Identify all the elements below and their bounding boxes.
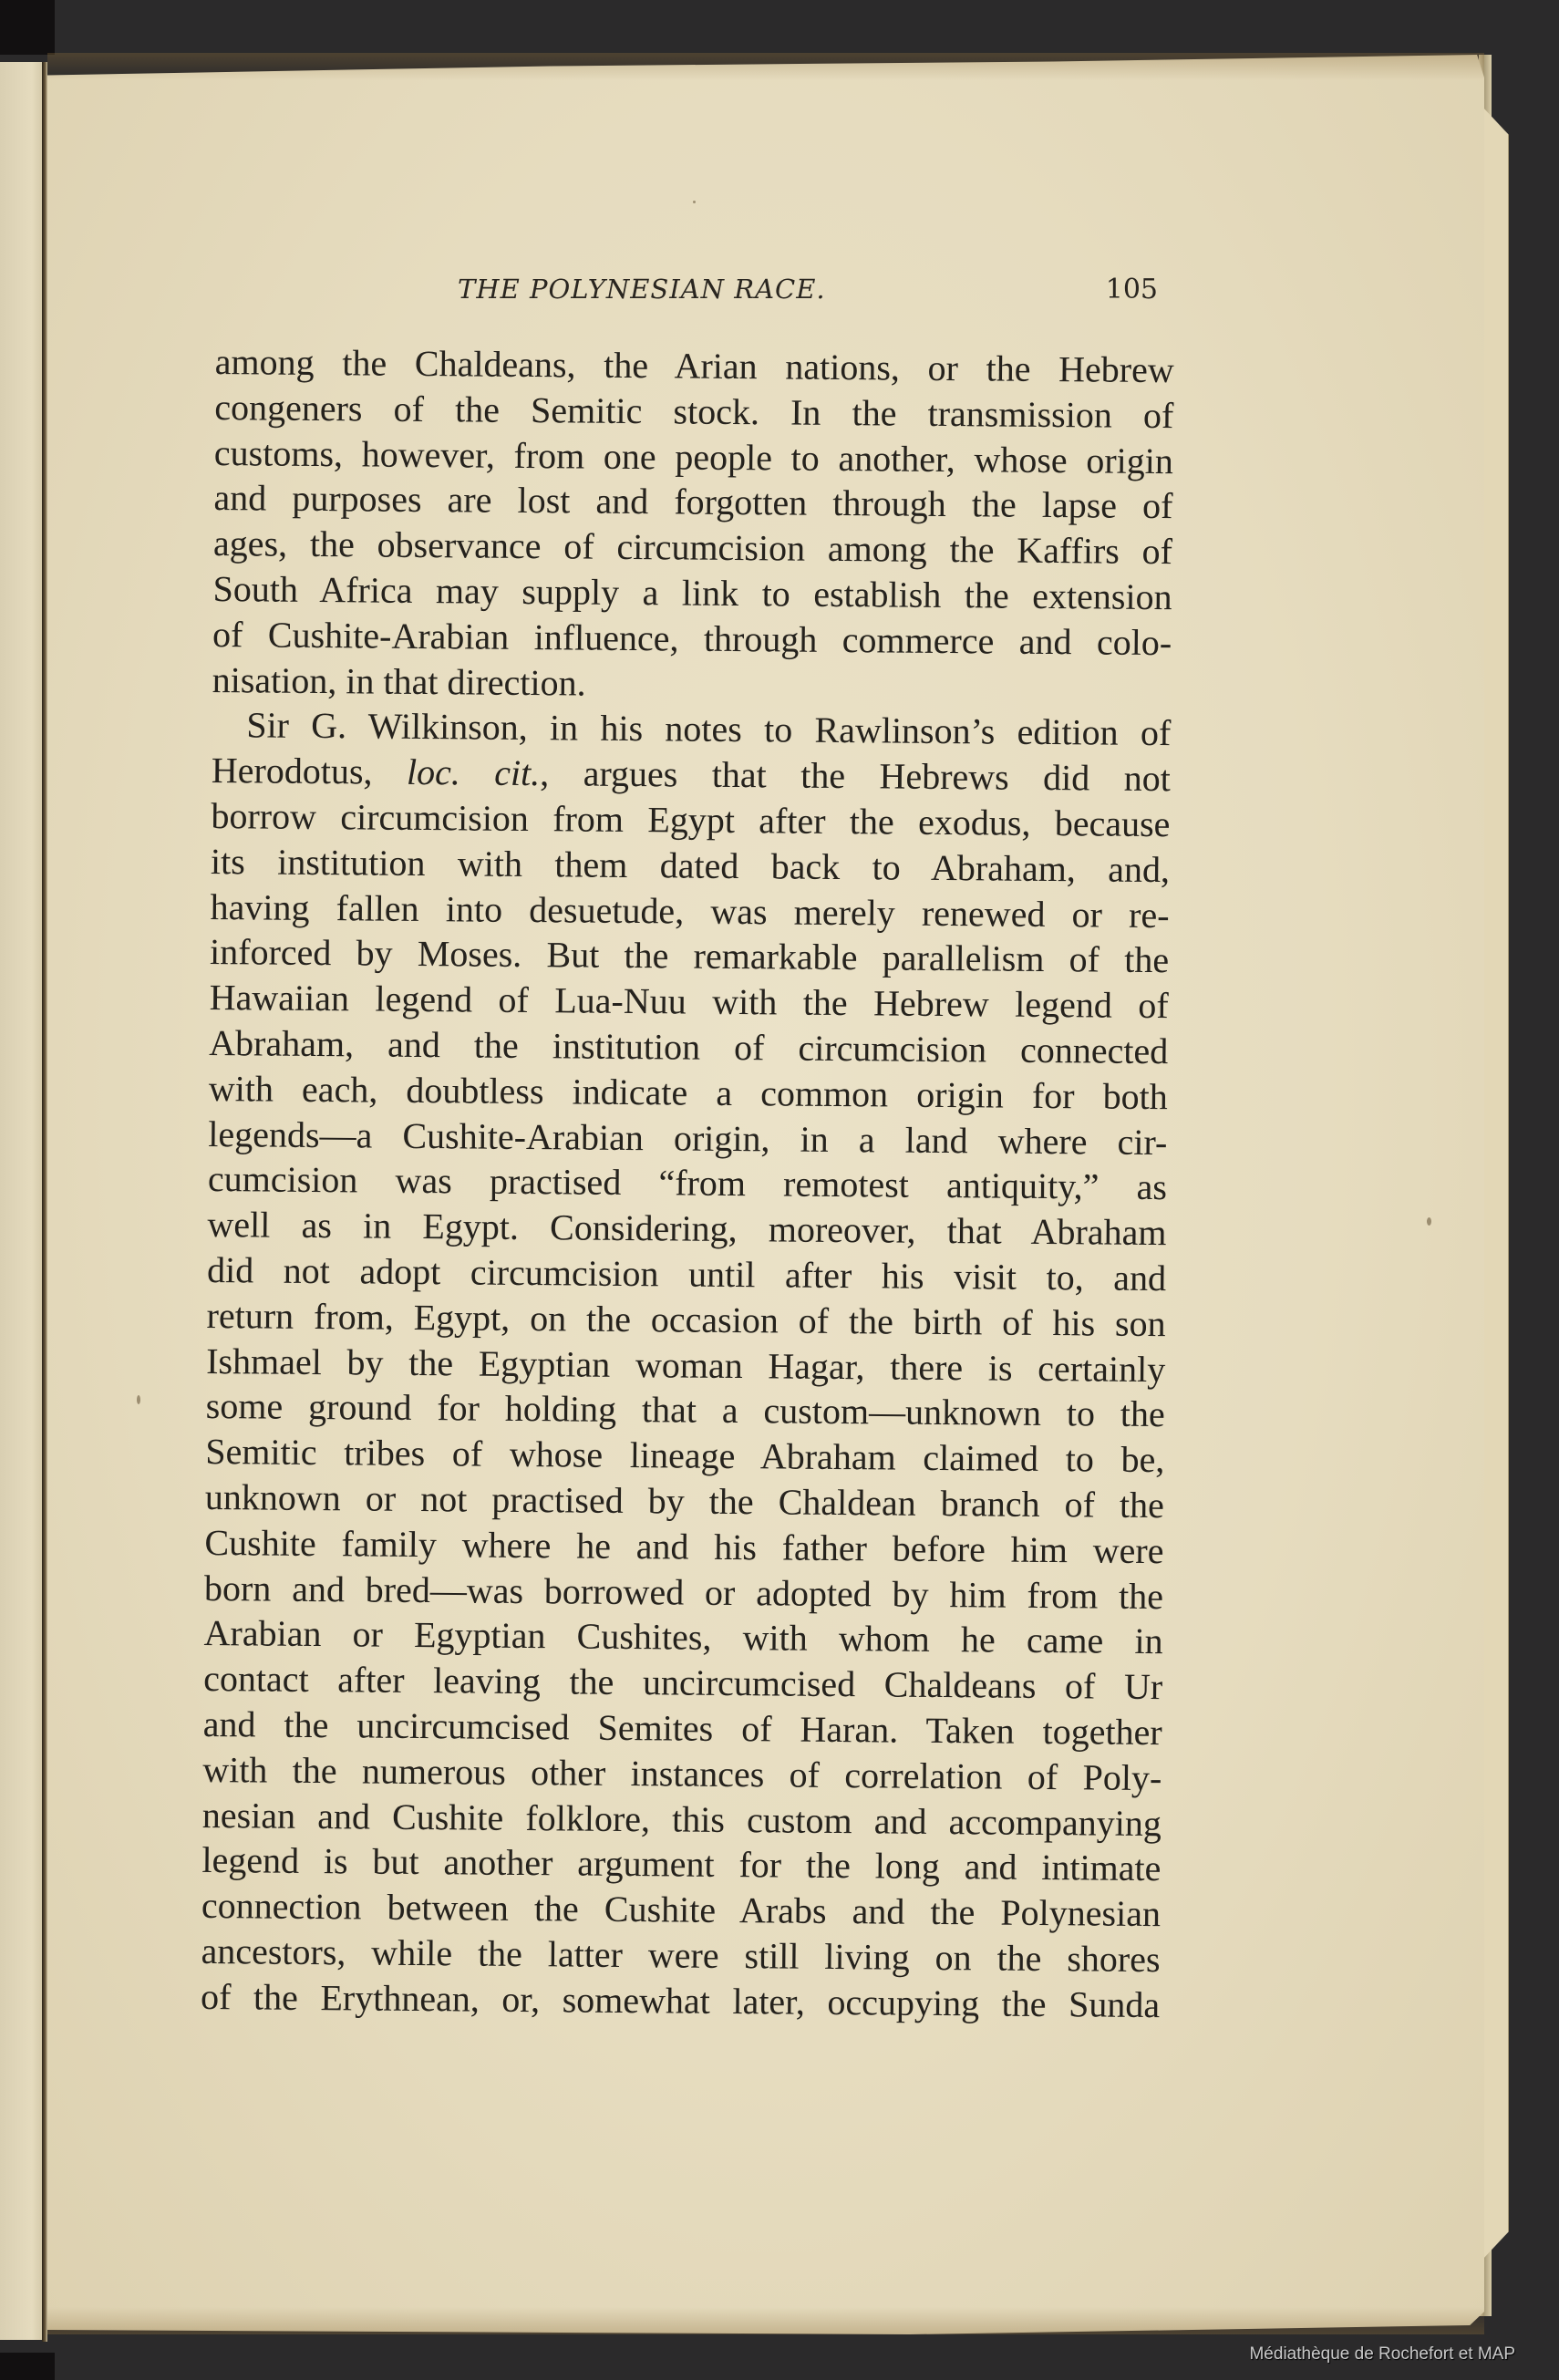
- italic-citation: loc. cit.: [407, 751, 541, 793]
- text-line: with each, doubtless indicate a common o…: [209, 1066, 1168, 1120]
- text-line: legends—a Cushite-Arabian origin, in a l…: [208, 1112, 1167, 1165]
- text-line: Arabian or Egyptian Cushites, with whom …: [203, 1610, 1162, 1664]
- text-line: borrow circumcision from Egypt after the…: [211, 793, 1170, 847]
- text-line: well as in Egypt. Considering, moreover,…: [207, 1202, 1166, 1256]
- running-head: THE POLYNESIAN RACE. 105: [419, 274, 1185, 314]
- text-line-paragraph-start: Sir G. Wilkinson, in his notes to Rawlin…: [212, 702, 1171, 756]
- running-head-title: THE POLYNESIAN RACE.: [458, 274, 826, 305]
- paper-speck: [693, 201, 696, 203]
- text-line: Hawaiian legend of Lua-Nuu with the Hebr…: [209, 975, 1168, 1029]
- text-line: with the numerous other instances of cor…: [202, 1747, 1162, 1801]
- text-line: Cushite family where he and his father b…: [204, 1520, 1163, 1574]
- text-line: nesian and Cushite folklore, this custom…: [202, 1792, 1162, 1846]
- text-line-paragraph-end: nisation, in that direction.: [212, 657, 1172, 711]
- text-line: unknown or not practised by the Chaldean…: [205, 1475, 1164, 1528]
- text-line: Ishmael by the Egyptian woman Hagar, the…: [206, 1338, 1165, 1392]
- body-text: among the Chaldeans, the Arian nations, …: [201, 339, 1174, 2028]
- text-run: , argues that the Hebrews did not: [540, 752, 1171, 799]
- text-line: having fallen into desuetude, was merely…: [210, 885, 1169, 938]
- text-line: ancestors, while the latter were still l…: [201, 1929, 1160, 1982]
- text-line: inforced by Moses. But the remarkable pa…: [210, 929, 1169, 983]
- scanner-background: [0, 2353, 55, 2380]
- text-line: and purposes are lost and forgotten thro…: [213, 475, 1172, 529]
- text-line: ages, the observance of circumcision amo…: [213, 521, 1172, 574]
- text-line: South Africa may supply a link to establ…: [212, 566, 1172, 620]
- library-watermark: Médiathèque de Rochefort et MAP: [1249, 2344, 1515, 2364]
- paper-speck: [137, 1395, 140, 1404]
- verso-page-edge: [0, 62, 46, 2340]
- scanner-background: [0, 0, 55, 55]
- text-line: of the Erythnean, or, somewhat later, oc…: [201, 1974, 1160, 2028]
- text-line: among the Chaldeans, the Arian nations, …: [215, 339, 1174, 393]
- text-run: Herodotus,: [212, 750, 407, 792]
- text-line: of Cushite-Arabian influence, through co…: [212, 612, 1172, 666]
- text-line: Semitic tribes of whose lineage Abraham …: [205, 1429, 1164, 1483]
- text-line: connection between the Cushite Arabs and…: [201, 1883, 1161, 1937]
- text-line: cumcision was practised “from remotest a…: [208, 1156, 1167, 1210]
- text-line: Abraham, and the institution of circumci…: [209, 1020, 1168, 1074]
- text-line: some ground for holding that a custom—un…: [206, 1383, 1165, 1437]
- text-line: born and bred—was borrowed or adopted by…: [204, 1565, 1163, 1619]
- text-line: congeners of the Semitic stock. In the t…: [214, 385, 1173, 439]
- text-line: Herodotus, loc. cit., argues that the He…: [212, 748, 1171, 802]
- text-line: did not adopt circumcision until after h…: [207, 1247, 1166, 1301]
- text-line: and the uncircumcised Semites of Haran. …: [203, 1702, 1162, 1755]
- text-line: customs, however, from one people to ano…: [214, 430, 1173, 484]
- page-number: 105: [1106, 274, 1158, 305]
- paper-speck: [1427, 1217, 1431, 1226]
- text-line: contact after leaving the uncircumcised …: [203, 1656, 1162, 1710]
- text-line: its institution with them dated back to …: [211, 839, 1170, 893]
- text-line: legend is but another argument for the l…: [201, 1837, 1161, 1891]
- text-line: return from, Egypt, on the occasion of t…: [206, 1293, 1165, 1347]
- book-gutter: [42, 62, 47, 2342]
